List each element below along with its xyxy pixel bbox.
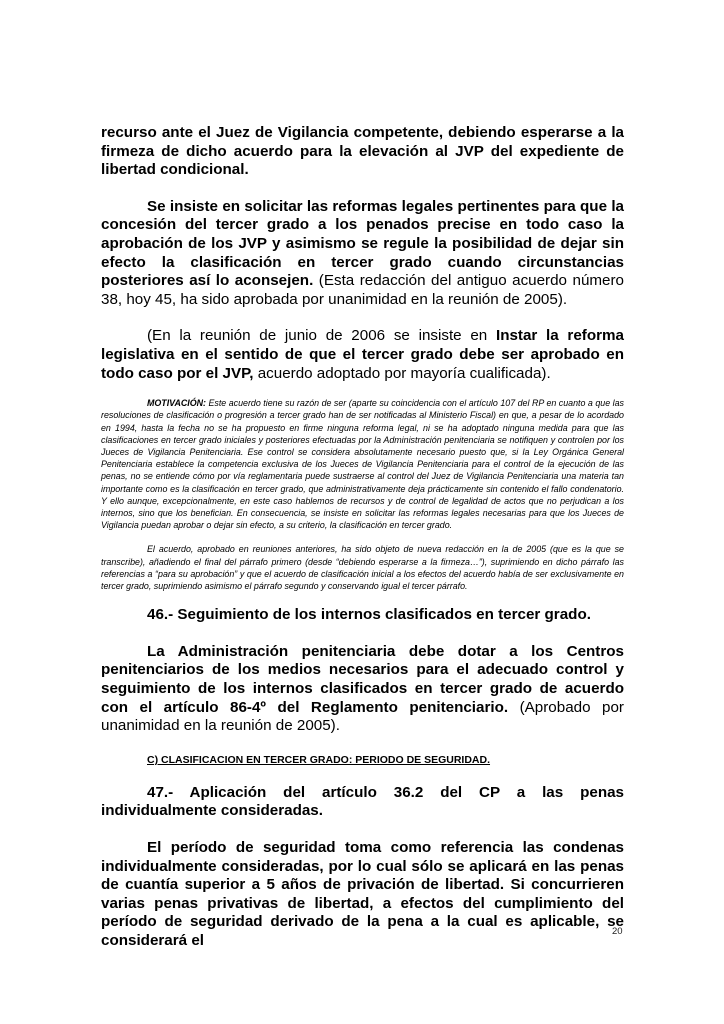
heading-acuerdo-46: 46.- Seguimiento de los internos clasifi… bbox=[101, 606, 624, 625]
paragraph-reformas: Se insiste en solicitar las reformas leg… bbox=[101, 198, 624, 310]
section-heading-c: C) CLASIFICACION EN TERCER GRADO: PERIOD… bbox=[101, 754, 624, 766]
junio-end-text: acuerdo adoptado por mayoría cualificada… bbox=[253, 365, 550, 382]
paragraph-acuerdo-47: El período de seguridad toma como refere… bbox=[101, 839, 624, 951]
paragraph-motivacion: MOTIVACIÓN: Este acuerdo tiene su razón … bbox=[101, 397, 624, 531]
motivacion-label: MOTIVACIÓN: bbox=[147, 398, 206, 408]
paragraph-acuerdo-46: La Administración penitenciaria debe dot… bbox=[101, 643, 624, 736]
paragraph-junio-2006: (En la reunión de junio de 2006 se insis… bbox=[101, 327, 624, 383]
paragraph-nota-redaccion: El acuerdo, aprobado en reuniones anteri… bbox=[101, 543, 624, 592]
page-number: 20 bbox=[612, 926, 623, 937]
motivacion-text: Este acuerdo tiene su razón de ser (apar… bbox=[101, 398, 624, 530]
paragraph-recurso: recurso ante el Juez de Vigilancia compe… bbox=[101, 124, 624, 180]
page-body: recurso ante el Juez de Vigilancia compe… bbox=[101, 124, 624, 950]
junio-start-text: (En la reunión de junio de 2006 se insis… bbox=[147, 327, 496, 344]
heading-acuerdo-47: 47.- Aplicación del artículo 36.2 del CP… bbox=[101, 784, 624, 821]
